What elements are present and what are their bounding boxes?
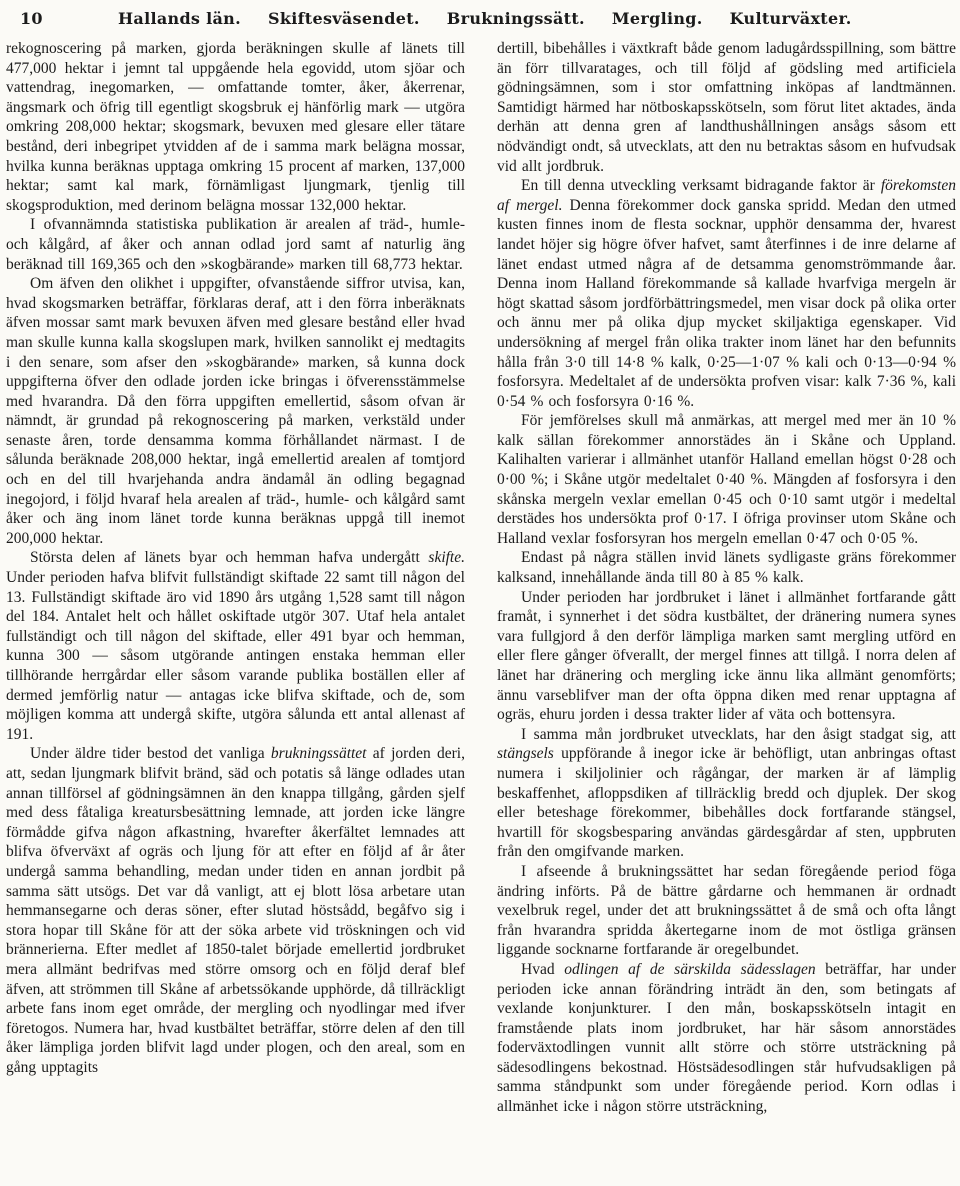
italic-text: stängsels (497, 745, 554, 762)
body-text: Under perioden hafva blifvit fullständig… (6, 569, 465, 743)
running-header-title: Skiftesväsendet. (268, 9, 420, 28)
paragraph: En till denna utveckling verksamt bidrag… (497, 176, 956, 411)
text-columns: rekognoscering på marken, gjorda beräkni… (0, 28, 960, 1117)
italic-text: odlingen af de särskilda sädesslagen (564, 961, 815, 978)
body-text: Denna förekommer dock ganska spridd. Med… (497, 197, 956, 410)
body-text: Under äldre tider bestod det vanliga (30, 745, 271, 762)
paragraph: I samma mån jordbruket utvecklats, har d… (497, 725, 956, 862)
running-header-title: Mergling. (612, 9, 703, 28)
page-number: 10 (20, 9, 118, 28)
paragraph: För jemförelses skull må anmärkas, att m… (497, 411, 956, 548)
running-header: 10 Hallands län. Skiftesväsendet. Brukni… (0, 0, 960, 28)
paragraph: Största delen af länets byar och hemman … (6, 548, 465, 744)
right-column: dertill, bibehålles i växtkraft både gen… (497, 39, 956, 1117)
body-text: Hvad (521, 961, 564, 978)
italic-text: skifte. (428, 549, 465, 566)
running-header-title: Kulturväxter. (730, 9, 852, 28)
body-text: I afseende å brukningssättet har sedan f… (497, 863, 956, 958)
body-text: I ofvannämnda statistiska publikation är… (6, 216, 465, 272)
body-text: rekognoscering på marken, gjorda beräkni… (6, 40, 465, 214)
paragraph: dertill, bibehålles i växtkraft både gen… (497, 39, 956, 176)
scanned-document-page: 10 Hallands län. Skiftesväsendet. Brukni… (0, 0, 960, 1186)
body-text: Om äfven den olikhet i uppgifter, ofvans… (6, 275, 465, 547)
body-text: Största delen af länets byar och hemman … (30, 549, 428, 566)
body-text: I samma mån jordbruket utvecklats, har d… (521, 726, 956, 743)
running-header-title: Hallands län. (118, 9, 241, 28)
body-text: uppförande å inegor icke är behöfligt, u… (497, 745, 956, 860)
body-text: En till denna utveckling verksamt bidrag… (521, 177, 881, 194)
body-text: dertill, bibehålles i växtkraft både gen… (497, 40, 956, 175)
paragraph: Om äfven den olikhet i uppgifter, ofvans… (6, 274, 465, 548)
body-text: Under perioden har jordbruket i länet i … (497, 589, 956, 724)
paragraph: Hvad odlingen af de särskilda sädesslage… (497, 960, 956, 1117)
paragraph: I afseende å brukningssättet har sedan f… (497, 862, 956, 960)
body-text: För jemförelses skull må anmärkas, att m… (497, 412, 956, 547)
italic-text: brukningssättet (271, 745, 367, 762)
paragraph: rekognoscering på marken, gjorda beräkni… (6, 39, 465, 215)
paragraph: Endast på några ställen invid länets syd… (497, 548, 956, 587)
paragraph: I ofvannämnda statistiska publikation är… (6, 215, 465, 274)
body-text: Endast på några ställen invid länets syd… (497, 549, 956, 586)
left-column: rekognoscering på marken, gjorda beräkni… (6, 39, 465, 1117)
running-header-title: Brukningssätt. (447, 9, 585, 28)
body-text: af jorden deri, att, sedan ljungmark bli… (6, 745, 465, 1076)
body-text: beträffar, har under perioden icke annan… (497, 961, 956, 1115)
paragraph: Under perioden har jordbruket i länet i … (497, 588, 956, 725)
paragraph: Under äldre tider bestod det vanliga bru… (6, 744, 465, 1077)
